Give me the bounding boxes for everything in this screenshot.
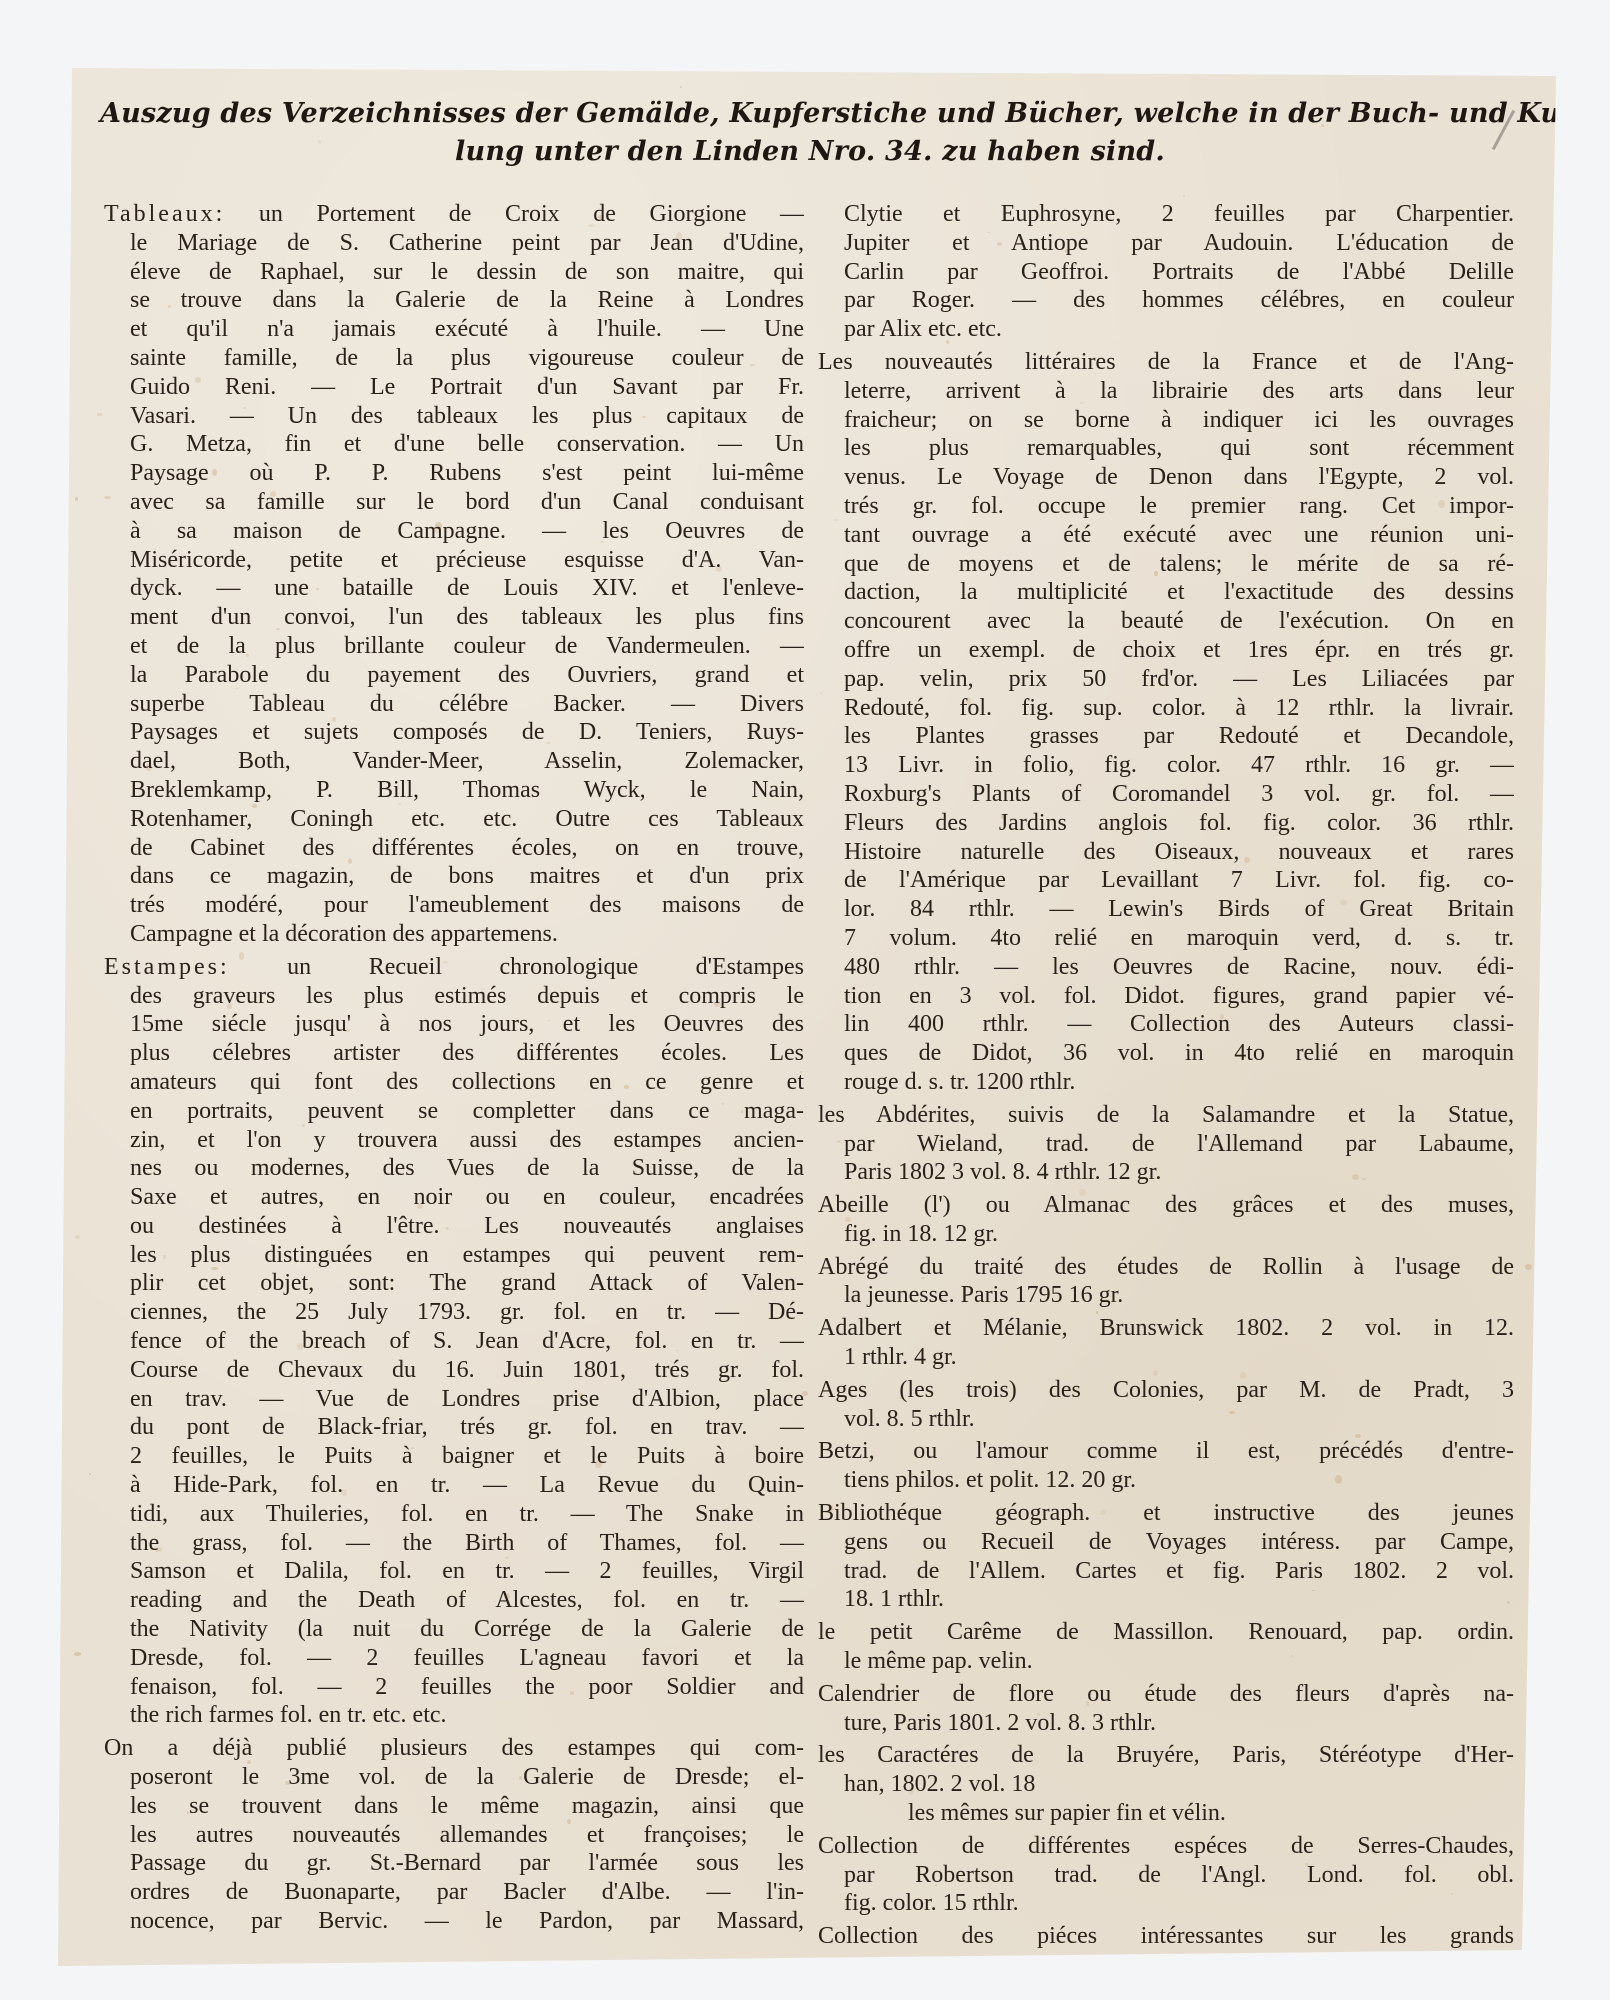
- left-column-line: nes ou modernes, des Vues de la Suisse, …: [104, 1154, 804, 1183]
- right-column-line: Abeille (l') ou Almanac des grâces et de…: [818, 1191, 1514, 1220]
- line-text: fenaison, fol. — 2 feuilles the poor Sol…: [130, 1674, 804, 1700]
- line-text: plus célebres artister des différentes é…: [130, 1040, 804, 1066]
- document-page: Auszug des Verzeichnisses der Gemälde, K…: [0, 0, 1610, 2000]
- right-column-line: 1 rthlr. 4 gr.: [818, 1343, 1514, 1372]
- left-column-line: le Mariage de S. Catherine peint par Jea…: [104, 229, 804, 258]
- line-text: ciennes, the 25 July 1793. gr. fol. en t…: [130, 1299, 804, 1325]
- line-text: pap. velin, prix 50 frd'or. — Les Liliac…: [844, 666, 1514, 692]
- line-text: 7 volum. 4to relié en maroquin verd, d. …: [844, 925, 1514, 951]
- line-text: nocence, par Bervic. — le Pardon, par Ma…: [130, 1908, 804, 1934]
- line-text: gens ou Recueil de Voyages intéress. par…: [844, 1529, 1514, 1555]
- left-column-line: les se trouvent dans le même magazin, ai…: [104, 1792, 804, 1821]
- right-column-line: leterre, arrivent à la librairie des art…: [818, 377, 1514, 406]
- right-column-line: par Wieland, trad. de l'Allemand par Lab…: [818, 1130, 1514, 1159]
- right-column-line: Adalbert et Mélanie, Brunswick 1802. 2 v…: [818, 1314, 1514, 1343]
- left-column-line: Campagne et la décoration des appartemen…: [104, 920, 804, 949]
- line-text: ordres de Buonaparte, par Bacler d'Albe.…: [130, 1879, 804, 1905]
- right-column-line: tion en 3 vol. fol. Didot. figures, gran…: [818, 982, 1514, 1011]
- left-column-line: poseront le 3me vol. de la Galerie de Dr…: [104, 1763, 804, 1792]
- header-line-1: Auszug des Verzeichnisses der Gemälde, K…: [100, 95, 1520, 133]
- line-text: daction, la multiplicité et l'exactitude…: [844, 579, 1514, 605]
- left-column-line: ou destinées à l'être. Les nouveautés an…: [104, 1212, 804, 1241]
- left-column-line: à sa maison de Campagne. — les Oeuvres d…: [104, 517, 804, 546]
- right-column-line: par Robertson trad. de l'Angl. Lond. fol…: [818, 1861, 1514, 1890]
- line-text: Clytie et Euphrosyne, 2 feuilles par Cha…: [844, 201, 1514, 227]
- left-column-line: en trav. — Vue de Londres prise d'Albion…: [104, 1385, 804, 1414]
- line-text: la jeunesse. Paris 1795 16 gr.: [844, 1282, 1123, 1308]
- line-text: Adalbert et Mélanie, Brunswick 1802. 2 v…: [818, 1315, 1514, 1341]
- left-column-line: Paysages et sujets composés de D. Tenier…: [104, 718, 804, 747]
- line-text: superbe Tableau du célébre Backer. — Div…: [130, 691, 804, 717]
- paper-speck: [680, 86, 683, 88]
- line-text: nes ou modernes, des Vues de la Suisse, …: [130, 1155, 804, 1181]
- line-text: 13 Livr. in folio, fig. color. 47 rthlr.…: [844, 752, 1514, 778]
- right-column-line: ture, Paris 1801. 2 vol. 8. 3 rthlr.: [818, 1709, 1514, 1738]
- line-text: 1 rthlr. 4 gr.: [844, 1344, 957, 1370]
- line-text: et de la plus brillante couleur de Vande…: [130, 633, 804, 659]
- right-column-line: Histoire naturelle des Oiseaux, nouveaux…: [818, 838, 1514, 867]
- right-column-line: rouge d. s. tr. 1200 rthlr.: [818, 1068, 1514, 1097]
- right-column-line: la jeunesse. Paris 1795 16 gr.: [818, 1281, 1514, 1310]
- left-column-line: On a déjà publié plusieurs des estampes …: [104, 1734, 804, 1763]
- line-text: et qu'il n'a jamais exécuté à l'huile. —…: [130, 316, 804, 342]
- line-text: Campagne et la décoration des appartemen…: [130, 921, 558, 947]
- right-column-line: trad. de l'Allem. Cartes et fig. Paris 1…: [818, 1557, 1514, 1586]
- line-text: poseront le 3me vol. de la Galerie de Dr…: [130, 1764, 804, 1790]
- left-column-line: the Nativity (la nuit du Corrége de la G…: [104, 1615, 804, 1644]
- line-text: par Wieland, trad. de l'Allemand par Lab…: [844, 1131, 1514, 1157]
- left-column-line: et qu'il n'a jamais exécuté à l'huile. —…: [104, 315, 804, 344]
- line-text: par Roger. — des hommes célébres, en cou…: [844, 287, 1514, 313]
- right-column-line: Redouté, fol. fig. sup. color. à 12 rthl…: [818, 694, 1514, 723]
- line-text: Collection de différentes espéces de Ser…: [818, 1833, 1514, 1859]
- line-text: Saxe et autres, en noir ou en couleur, e…: [130, 1184, 804, 1210]
- left-column-line: Breklemkamp, P. Bill, Thomas Wyck, le Na…: [104, 776, 804, 805]
- right-column-line: le même pap. velin.: [818, 1647, 1514, 1676]
- line-text: offre un exempl. de choix et 1res épr. e…: [844, 637, 1514, 663]
- left-column-line: Miséricorde, petite et précieuse esquiss…: [104, 546, 804, 575]
- line-text: Bibliothéque géograph. et instructive de…: [818, 1500, 1514, 1526]
- line-text: ture, Paris 1801. 2 vol. 8. 3 rthlr.: [844, 1710, 1156, 1736]
- line-text: de l'Amérique par Levaillant 7 Livr. fol…: [844, 867, 1514, 893]
- left-column-line: avec sa famille sur le bord d'un Canal c…: [104, 488, 804, 517]
- line-text: 15me siécle jusqu' à nos jours, et les O…: [130, 1011, 804, 1037]
- line-text: venus. Le Voyage de Denon dans l'Egypte,…: [844, 464, 1514, 490]
- left-column-line: la Parabole du payement des Ouvriers, gr…: [104, 661, 804, 690]
- line-text: Paris 1802 3 vol. 8. 4 rthlr. 12 gr.: [844, 1159, 1161, 1185]
- left-column-line: se trouve dans la Galerie de la Reine à …: [104, 286, 804, 315]
- line-text: 480 rthlr. — les Oeuvres de Racine, nouv…: [844, 954, 1514, 980]
- line-text: dael, Both, Vander-Meer, Asselin, Zolema…: [130, 748, 804, 774]
- paper-speck: [97, 413, 102, 415]
- left-column-line: dans ce magazin, de bons maitres et d'un…: [104, 862, 804, 891]
- line-text: plir cet objet, sont: The grand Attack o…: [130, 1270, 804, 1296]
- right-column-line: tant ouvrage a été exécuté avec une réun…: [818, 521, 1514, 550]
- right-column-line: tiens philos. et polit. 12. 20 gr.: [818, 1466, 1514, 1495]
- right-column-line: concourent avec la beauté de l'exécution…: [818, 607, 1514, 636]
- right-column-line: Abrégé du traité des études de Rollin à …: [818, 1253, 1514, 1282]
- line-text: Collection des piéces intéressantes sur …: [818, 1923, 1514, 1949]
- right-column-line: que de moyens et de talens; le mérite de…: [818, 550, 1514, 579]
- line-text: les se trouvent dans le même magazin, ai…: [130, 1793, 804, 1819]
- line-text: que de moyens et de talens; le mérite de…: [844, 551, 1514, 577]
- line-text: the Nativity (la nuit du Corrége de la G…: [130, 1616, 804, 1642]
- section-lead: Tableaux:: [104, 201, 225, 227]
- line-text: Passage du gr. St.-Bernard par l'armée s…: [130, 1850, 804, 1876]
- line-text: les Abdérites, suivis de la Salamandre e…: [818, 1102, 1514, 1128]
- right-column-line: 18. 1 rthlr.: [818, 1585, 1514, 1614]
- line-text: ques de Didot, 36 vol. in 4to relié en m…: [844, 1040, 1514, 1066]
- line-text: Vasari. — Un des tableaux les plus capit…: [130, 403, 804, 429]
- right-column-line: le petit Carême de Massillon. Renouard, …: [818, 1618, 1514, 1647]
- section-lead: Estampes:: [104, 954, 230, 980]
- left-column-line: ment d'un convoi, l'un des tableaux les …: [104, 603, 804, 632]
- left-column-line: 15me siécle jusqu' à nos jours, et les O…: [104, 1010, 804, 1039]
- right-column-line: han, 1802. 2 vol. 18: [818, 1770, 1514, 1799]
- left-column-line: du pont de Black-friar, trés gr. fol. en…: [104, 1413, 804, 1442]
- line-text: ou destinées à l'être. Les nouveautés an…: [130, 1213, 804, 1239]
- left-column-line: Paysage où P. P. Rubens s'est peint lui-…: [104, 459, 804, 488]
- paper-speck: [75, 1235, 79, 1239]
- right-column-line: venus. Le Voyage de Denon dans l'Egypte,…: [818, 463, 1514, 492]
- right-column-line: Les nouveautés littéraires de la France …: [818, 348, 1514, 377]
- line-text: par Robertson trad. de l'Angl. Lond. fol…: [844, 1862, 1514, 1888]
- left-column-line: éleve de Raphael, sur le dessin de son m…: [104, 258, 804, 287]
- line-text: Guido Reni. — Le Portrait d'un Savant pa…: [130, 374, 804, 400]
- right-column-line: Fleurs des Jardins anglois fol. fig. col…: [818, 809, 1514, 838]
- right-column-line: les Abdérites, suivis de la Salamandre e…: [818, 1101, 1514, 1130]
- left-column-line: à Hide-Park, fol. en tr. — La Revue du Q…: [104, 1471, 804, 1500]
- line-text: trés gr. fol. occupe le premier rang. Ce…: [844, 493, 1514, 519]
- right-column-line: trés gr. fol. occupe le premier rang. Ce…: [818, 492, 1514, 521]
- left-column-line: the grass, fol. — the Birth of Thames, f…: [104, 1529, 804, 1558]
- right-column-line: Bibliothéque géograph. et instructive de…: [818, 1499, 1514, 1528]
- right-column-line: par Roger. — des hommes célébres, en cou…: [818, 286, 1514, 315]
- left-column-line: reading and the Death of Alcestes, fol. …: [104, 1586, 804, 1615]
- left-column-line: plus célebres artister des différentes é…: [104, 1039, 804, 1068]
- left-column-line: fenaison, fol. — 2 feuilles the poor Sol…: [104, 1673, 804, 1702]
- header-line-2: lung unter den Linden Nro. 34. zu haben …: [100, 133, 1520, 171]
- left-column-line: les plus distinguées en estampes qui peu…: [104, 1241, 804, 1270]
- line-text: Breklemkamp, P. Bill, Thomas Wyck, le Na…: [130, 777, 804, 803]
- line-text: lor. 84 rthlr. — Lewin's Birds of Great …: [844, 896, 1514, 922]
- left-column-line: Rotenhamer, Coningh etc. etc. Outre ces …: [104, 805, 804, 834]
- right-column: Clytie et Euphrosyne, 2 feuilles par Cha…: [818, 200, 1514, 1951]
- right-column-line: fig. in 18. 12 gr.: [818, 1220, 1514, 1249]
- left-column-line: les autres nouveautés allemandes et fran…: [104, 1821, 804, 1850]
- left-column-line: 2 feuilles, le Puits à baigner et le Pui…: [104, 1442, 804, 1471]
- left-column-line: dael, Both, Vander-Meer, Asselin, Zolema…: [104, 747, 804, 776]
- right-column-line: Collection des piéces intéressantes sur …: [818, 1922, 1514, 1951]
- right-column-line: Jupiter et Antiope par Audouin. L'éducat…: [818, 229, 1514, 258]
- right-column-line: vol. 8. 5 rthlr.: [818, 1405, 1514, 1434]
- left-column-line: G. Metza, fin et d'une belle conservatio…: [104, 430, 804, 459]
- line-text: par Alix etc. etc.: [844, 316, 1002, 342]
- line-text: 2 feuilles, le Puits à baigner et le Pui…: [130, 1443, 804, 1469]
- right-column-line: Ages (les trois) des Colonies, par M. de…: [818, 1376, 1514, 1405]
- right-column-line: gens ou Recueil de Voyages intéress. par…: [818, 1528, 1514, 1557]
- line-text: Paysages et sujets composés de D. Tenier…: [130, 719, 804, 745]
- line-text: se trouve dans la Galerie de la Reine à …: [130, 287, 804, 313]
- line-text: le même pap. velin.: [844, 1648, 1033, 1674]
- line-text: un Recueil chronologique d'Estampes: [230, 954, 804, 980]
- line-text: Calendrier de flore ou étude des fleurs …: [818, 1681, 1514, 1707]
- line-text: le petit Carême de Massillon. Renouard, …: [818, 1619, 1514, 1645]
- line-text: the grass, fol. — the Birth of Thames, f…: [130, 1530, 804, 1556]
- right-column-line: 480 rthlr. — les Oeuvres de Racine, nouv…: [818, 953, 1514, 982]
- left-column-line: Guido Reni. — Le Portrait d'un Savant pa…: [104, 373, 804, 402]
- left-column-line: Estampes: un Recueil chronologique d'Est…: [104, 953, 804, 982]
- line-text: tidi, aux Thuileries, fol. en tr. — The …: [130, 1501, 804, 1527]
- right-column-line: Calendrier de flore ou étude des fleurs …: [818, 1680, 1514, 1709]
- line-text: Abrégé du traité des études de Rollin à …: [818, 1254, 1514, 1280]
- line-text: rouge d. s. tr. 1200 rthlr.: [844, 1069, 1075, 1095]
- paper-speck: [75, 497, 78, 500]
- left-column-line: Samson et Dalila, fol. en tr. — 2 feuill…: [104, 1557, 804, 1586]
- line-text: la Parabole du payement des Ouvriers, gr…: [130, 662, 804, 688]
- right-column-line: par Alix etc. etc.: [818, 315, 1514, 344]
- line-text: Paysage où P. P. Rubens s'est peint lui-…: [130, 460, 804, 486]
- right-column-line: de l'Amérique par Levaillant 7 Livr. fol…: [818, 866, 1514, 895]
- paper-speck: [89, 1473, 91, 1474]
- left-column-line: the rich farmes fol. en tr. etc. etc.: [104, 1701, 804, 1730]
- line-text: Fleurs des Jardins anglois fol. fig. col…: [844, 810, 1514, 836]
- left-column-line: trés modéré, pour l'ameublement des mais…: [104, 891, 804, 920]
- line-text: han, 1802. 2 vol. 18: [844, 1771, 1035, 1797]
- left-column-line: de Cabinet des différentes écoles, on en…: [104, 834, 804, 863]
- left-column-line: nocence, par Bervic. — le Pardon, par Ma…: [104, 1907, 804, 1936]
- line-text: du pont de Black-friar, trés gr. fol. en…: [130, 1414, 804, 1440]
- line-text: un Portement de Croix de Giorgione —: [225, 201, 804, 227]
- left-column-line: tidi, aux Thuileries, fol. en tr. — The …: [104, 1500, 804, 1529]
- line-text: les mêmes sur papier fin et vélin.: [908, 1800, 1226, 1826]
- left-column-line: fence of the breach of S. Jean d'Acre, f…: [104, 1327, 804, 1356]
- line-text: Redouté, fol. fig. sup. color. à 12 rthl…: [844, 695, 1514, 721]
- line-text: les Plantes grasses par Redouté et Decan…: [844, 723, 1514, 749]
- line-text: tiens philos. et polit. 12. 20 gr.: [844, 1467, 1136, 1493]
- left-column-line: Saxe et autres, en noir ou en couleur, e…: [104, 1183, 804, 1212]
- line-text: Course de Chevaux du 16. Juin 1801, trés…: [130, 1357, 804, 1383]
- right-column-line: fig. color. 15 rthlr.: [818, 1889, 1514, 1918]
- right-column-line: les plus remarquables, qui sont récemmen…: [818, 434, 1514, 463]
- line-text: leterre, arrivent à la librairie des art…: [844, 378, 1514, 404]
- line-text: fraicheur; on se borne à indiquer ici le…: [844, 407, 1514, 433]
- left-column-line: dyck. — une bataille de Louis XIV. et l'…: [104, 574, 804, 603]
- left-column-line: plir cet objet, sont: The grand Attack o…: [104, 1269, 804, 1298]
- line-text: Dresde, fol. — 2 feuilles L'agneau favor…: [130, 1645, 804, 1671]
- left-column-line: Dresde, fol. — 2 feuilles L'agneau favor…: [104, 1644, 804, 1673]
- line-text: à Hide-Park, fol. en tr. — La Revue du Q…: [130, 1472, 804, 1498]
- line-text: avec sa famille sur le bord d'un Canal c…: [130, 489, 804, 515]
- line-text: fence of the breach of S. Jean d'Acre, f…: [130, 1328, 804, 1354]
- line-text: zin, et l'on y trouvera aussi des estamp…: [130, 1127, 804, 1153]
- line-text: en portraits, peuvent se completter dans…: [130, 1098, 804, 1124]
- left-column-line: ciennes, the 25 July 1793. gr. fol. en t…: [104, 1298, 804, 1327]
- line-text: lin 400 rthlr. — Collection des Auteurs …: [844, 1011, 1514, 1037]
- line-text: ment d'un convoi, l'un des tableaux les …: [130, 604, 804, 630]
- paper-speck: [74, 1652, 80, 1656]
- line-text: Les nouveautés littéraires de la France …: [818, 349, 1514, 375]
- line-text: dans ce magazin, de bons maitres et d'un…: [130, 863, 804, 889]
- right-column-line: Betzi, ou l'amour comme il est, précédés…: [818, 1437, 1514, 1466]
- line-text: the rich farmes fol. en tr. etc. etc.: [130, 1702, 447, 1728]
- line-text: Rotenhamer, Coningh etc. etc. Outre ces …: [130, 806, 804, 832]
- line-text: fig. in 18. 12 gr.: [844, 1221, 998, 1247]
- right-column-line: 13 Livr. in folio, fig. color. 47 rthlr.…: [818, 751, 1514, 780]
- right-column-line: lin 400 rthlr. — Collection des Auteurs …: [818, 1010, 1514, 1039]
- left-column-line: ordres de Buonaparte, par Bacler d'Albe.…: [104, 1878, 804, 1907]
- right-column-line: lor. 84 rthlr. — Lewin's Birds of Great …: [818, 895, 1514, 924]
- line-text: éleve de Raphael, sur le dessin de son m…: [130, 259, 804, 285]
- left-column-line: superbe Tableau du célébre Backer. — Div…: [104, 690, 804, 719]
- right-column-line: Collection de différentes espéces de Ser…: [818, 1832, 1514, 1861]
- document-header: Auszug des Verzeichnisses der Gemälde, K…: [100, 95, 1520, 171]
- line-text: les Caractéres de la Bruyére, Paris, Sté…: [818, 1742, 1514, 1768]
- line-text: G. Metza, fin et d'une belle conservatio…: [130, 431, 804, 457]
- paper-speck: [1525, 1264, 1532, 1270]
- right-column-line: Paris 1802 3 vol. 8. 4 rthlr. 12 gr.: [818, 1158, 1514, 1187]
- line-text: en trav. — Vue de Londres prise d'Albion…: [130, 1386, 804, 1412]
- right-column-line: Carlin par Geoffroi. Portraits de l'Abbé…: [818, 258, 1514, 287]
- left-column-line: Tableaux: un Portement de Croix de Giorg…: [104, 200, 804, 229]
- right-column-line: pap. velin, prix 50 frd'or. — Les Liliac…: [818, 665, 1514, 694]
- right-column-line: les Caractéres de la Bruyére, Paris, Sté…: [818, 1741, 1514, 1770]
- line-text: vol. 8. 5 rthlr.: [844, 1406, 975, 1432]
- line-text: des graveurs les plus estimés depuis et …: [130, 983, 804, 1009]
- right-column-line: les mêmes sur papier fin et vélin.: [818, 1799, 1514, 1828]
- line-text: Miséricorde, petite et précieuse esquiss…: [130, 547, 804, 573]
- right-column-line: daction, la multiplicité et l'exactitude…: [818, 578, 1514, 607]
- right-column-line: fraicheur; on se borne à indiquer ici le…: [818, 406, 1514, 435]
- right-column-line: offre un exempl. de choix et 1res épr. e…: [818, 636, 1514, 665]
- left-column-line: et de la plus brillante couleur de Vande…: [104, 632, 804, 661]
- right-column-line: 7 volum. 4to relié en maroquin verd, d. …: [818, 924, 1514, 953]
- line-text: Carlin par Geoffroi. Portraits de l'Abbé…: [844, 259, 1514, 285]
- right-column-line: Roxburg's Plants of Coromandel 3 vol. gr…: [818, 780, 1514, 809]
- line-text: concourent avec la beauté de l'exécution…: [844, 608, 1514, 634]
- left-column-line: en portraits, peuvent se completter dans…: [104, 1097, 804, 1126]
- left-column-line: Course de Chevaux du 16. Juin 1801, trés…: [104, 1356, 804, 1385]
- left-column-line: amateurs qui font des collections en ce …: [104, 1068, 804, 1097]
- line-text: le Mariage de S. Catherine peint par Jea…: [130, 230, 804, 256]
- line-text: Histoire naturelle des Oiseaux, nouveaux…: [844, 839, 1514, 865]
- line-text: les plus distinguées en estampes qui peu…: [130, 1242, 804, 1268]
- line-text: de Cabinet des différentes écoles, on en…: [130, 835, 804, 861]
- line-text: Samson et Dalila, fol. en tr. — 2 feuill…: [130, 1558, 804, 1584]
- line-text: les autres nouveautés allemandes et fran…: [130, 1822, 804, 1848]
- line-text: Ages (les trois) des Colonies, par M. de…: [818, 1377, 1514, 1403]
- line-text: Abeille (l') ou Almanac des grâces et de…: [818, 1192, 1514, 1218]
- line-text: amateurs qui font des collections en ce …: [130, 1069, 804, 1095]
- line-text: Jupiter et Antiope par Audouin. L'éducat…: [844, 230, 1514, 256]
- line-text: sainte famille, de la plus vigoureuse co…: [130, 345, 804, 371]
- left-column-line: Vasari. — Un des tableaux les plus capit…: [104, 402, 804, 431]
- left-column-line: sainte famille, de la plus vigoureuse co…: [104, 344, 804, 373]
- right-column-line: les Plantes grasses par Redouté et Decan…: [818, 722, 1514, 751]
- left-column-line: zin, et l'on y trouvera aussi des estamp…: [104, 1126, 804, 1155]
- left-column: Tableaux: un Portement de Croix de Giorg…: [104, 200, 804, 1936]
- line-text: On a déjà publié plusieurs des estampes …: [104, 1735, 804, 1761]
- line-text: Betzi, ou l'amour comme il est, précédés…: [818, 1438, 1514, 1464]
- line-text: Roxburg's Plants of Coromandel 3 vol. gr…: [844, 781, 1514, 807]
- left-column-line: des graveurs les plus estimés depuis et …: [104, 982, 804, 1011]
- line-text: trad. de l'Allem. Cartes et fig. Paris 1…: [844, 1558, 1514, 1584]
- left-column-line: Passage du gr. St.-Bernard par l'armée s…: [104, 1849, 804, 1878]
- line-text: à sa maison de Campagne. — les Oeuvres d…: [130, 518, 804, 544]
- line-text: fig. color. 15 rthlr.: [844, 1890, 1019, 1916]
- line-text: trés modéré, pour l'ameublement des mais…: [130, 892, 804, 918]
- line-text: dyck. — une bataille de Louis XIV. et l'…: [130, 575, 804, 601]
- right-column-line: ques de Didot, 36 vol. in 4to relié en m…: [818, 1039, 1514, 1068]
- line-text: reading and the Death of Alcestes, fol. …: [130, 1587, 804, 1613]
- line-text: 18. 1 rthlr.: [844, 1586, 944, 1612]
- paper-speck: [1183, 195, 1186, 197]
- right-column-line: Clytie et Euphrosyne, 2 feuilles par Cha…: [818, 200, 1514, 229]
- line-text: les plus remarquables, qui sont récemmen…: [844, 435, 1514, 461]
- line-text: tion en 3 vol. fol. Didot. figures, gran…: [844, 983, 1514, 1009]
- line-text: tant ouvrage a été exécuté avec une réun…: [844, 522, 1514, 548]
